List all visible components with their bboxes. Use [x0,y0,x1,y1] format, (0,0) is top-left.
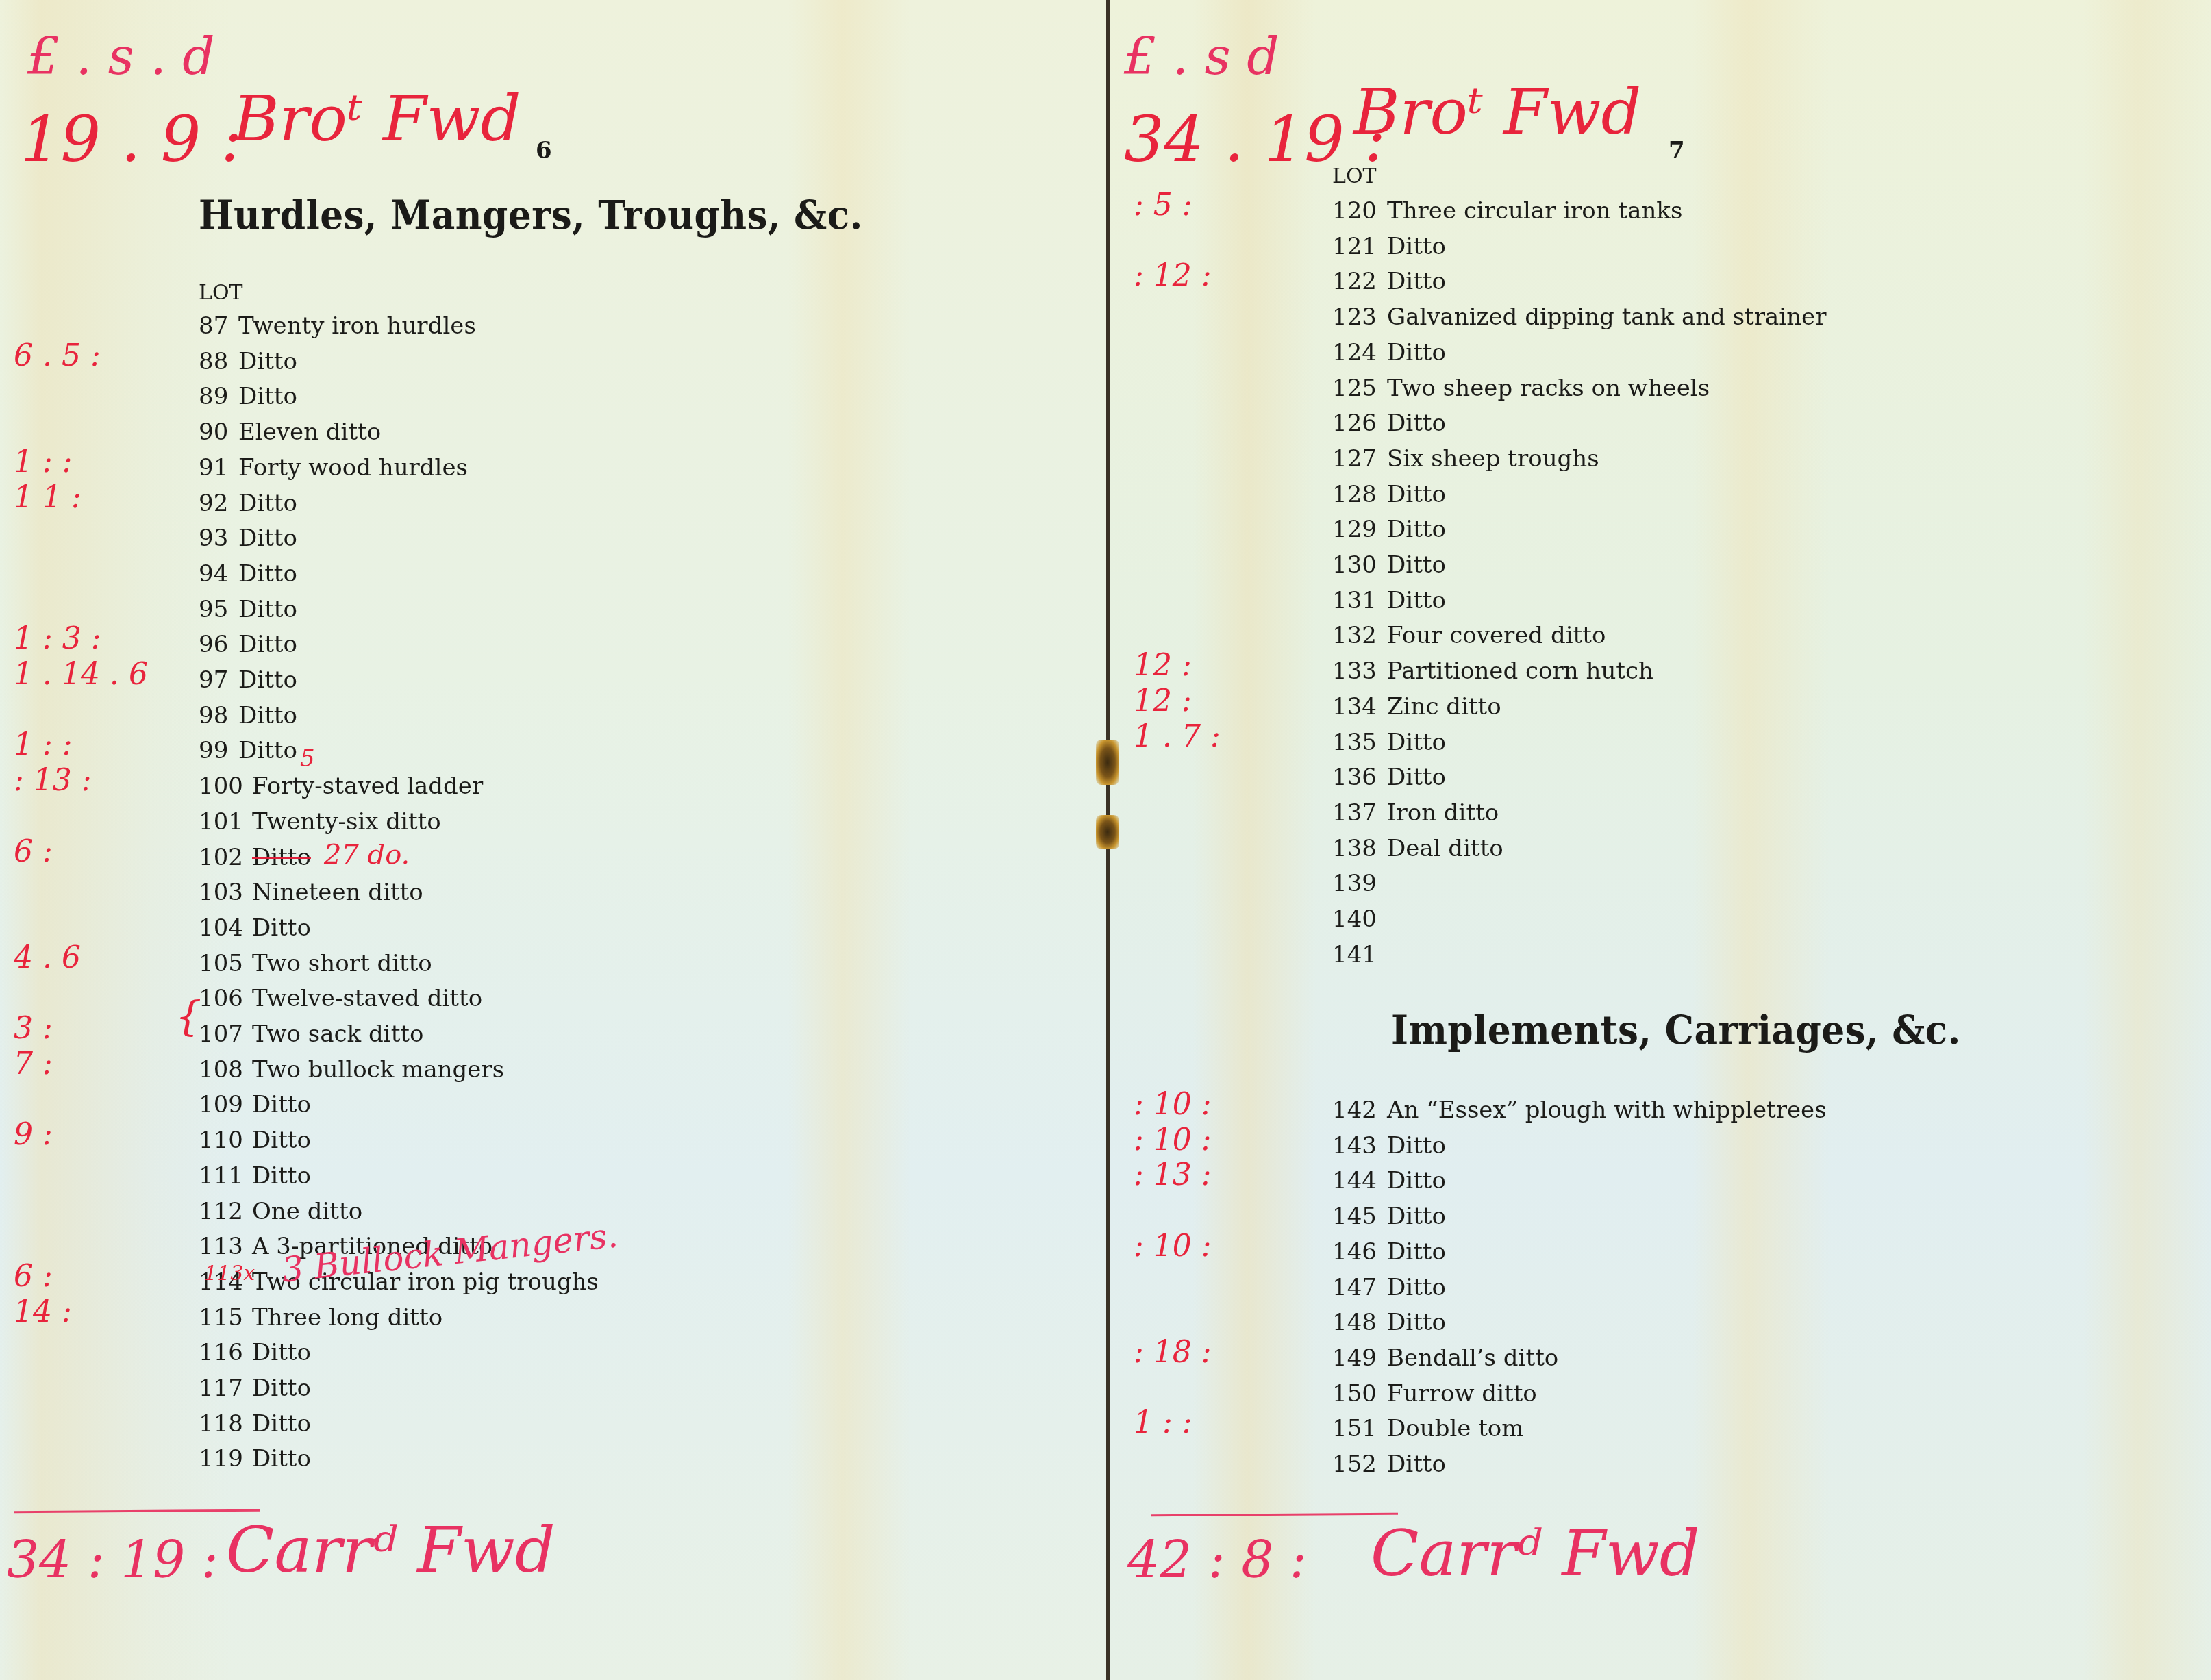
lot-description: Ditto [252,1406,311,1442]
lot-number: 108 [199,1056,243,1083]
lot-number: 97 [199,666,228,694]
lot-row: 116Ditto [199,1335,243,1370]
lot-number: 145 [1332,1203,1377,1230]
lot-number: 119 [199,1445,243,1472]
lot-description: Bendall’s ditto [1387,1340,1558,1376]
lot-number: 93 [199,525,228,552]
lot-number: 120 [1332,197,1377,225]
lot-description: Double tom [1387,1411,1524,1446]
lot-number: 118 [199,1410,243,1438]
lot-number: 113 [199,1233,243,1260]
lot-description: Ditto [1387,1234,1446,1270]
lot-description: Ditto [1387,477,1446,512]
lot-row: 124Ditto [1332,335,1377,371]
lot-row: 107Two sack ditto3 :{ [199,1016,243,1052]
handwritten-price: 9 : [14,1117,53,1153]
handwritten-price: 3 : [14,1011,53,1046]
handwritten-price: 7 : [14,1046,53,1082]
handwritten-price: 4 . 6 [14,940,81,976]
handwritten-price: : 13 : [14,763,92,799]
lot-description: Ditto [1387,512,1446,547]
lot-row: 145Ditto [1332,1199,1377,1234]
lot-number: 95 [199,596,228,623]
lot-description: Ditto [252,910,311,946]
total-rule [1151,1513,1398,1517]
lot-row: 111Ditto [199,1158,243,1194]
lot-description: Ditto [1387,1163,1446,1199]
lot-row: 105Two short ditto4 . 6 [199,946,243,981]
handwritten-price: : 5 : [1134,188,1192,223]
lot-description: Ditto [238,344,297,379]
handwritten-correction: { [175,999,201,1034]
lot-row: 148Ditto [1332,1305,1377,1340]
lot-number: 110 [199,1127,243,1154]
lot-row: 113A 3-partitioned ditto [199,1229,243,1264]
lot-row: 128Ditto [1332,477,1377,512]
carried-forward-amount: 34 : 19 : [7,1531,218,1590]
lot-number: 117 [199,1375,243,1402]
lot-number: 111 [199,1162,243,1190]
handwritten-price: 1 : : [14,444,73,480]
lot-number: 116 [199,1339,243,1366]
lot-row: 103Nineteen ditto [199,875,243,910]
lot-row: 93Ditto [199,521,228,556]
lot-number: 138 [1332,835,1377,862]
lot-row: 137Iron ditto [1332,795,1377,831]
handwritten-price: : 13 : [1134,1157,1212,1193]
lot-row: 149Bendall’s ditto: 18 : [1332,1340,1377,1376]
currency-header-annotation: £ . s d [1124,27,1279,86]
lot-row: 89Ditto [199,379,228,414]
lot-number: 109 [199,1091,243,1118]
handwritten-price: : 10 : [1134,1229,1212,1264]
lot-row: 150Furrow ditto [1332,1376,1377,1412]
lot-description: Twelve-staved ditto [252,981,482,1016]
lot-row: 144Ditto: 13 : [1332,1163,1377,1199]
lot-description: Two short ditto [252,946,432,981]
lot-number: 90 [199,418,228,446]
lot-row: 121Ditto [1332,229,1377,264]
currency-header-annotation: £ . s . d [27,27,215,86]
lot-description: Ditto [252,1335,311,1370]
lot-number: 126 [1332,410,1377,437]
catalogue-spread: £ . s . d 19 . 9 : Broᵗ Fwd 6 Hurdles, M… [0,0,2211,1680]
lot-row: 129Ditto [1332,512,1377,547]
brought-forward-label: Broᵗ Fwd [233,82,521,155]
lot-row: 88Ditto6 . 5 : [199,344,228,379]
lot-number: 136 [1332,764,1377,791]
lot-number: 91 [199,454,228,481]
lot-description: Ditto [252,1441,311,1477]
lot-row: 122Ditto: 12 : [1332,264,1377,299]
lot-number: 125 [1332,375,1377,402]
lot-row: 102Ditto6 :27 do. [199,840,243,875]
handwritten-price: 14 : [14,1294,72,1330]
lot-number: 149 [1332,1344,1377,1372]
lot-number: 105 [199,950,243,977]
lot-row: 130Ditto [1332,547,1377,583]
lot-number: 128 [1332,481,1377,508]
lot-column-header: LOT [199,281,243,305]
lot-row: 97Ditto1 . 14 . 6 [199,662,228,698]
lot-description: Ditto [238,379,297,414]
lot-row: 94Ditto [199,556,228,592]
lot-row: 132Four covered ditto [1332,618,1377,653]
lot-description: Ditto [1387,1270,1446,1305]
lot-description: Ditto [1387,725,1446,760]
lot-number: 98 [199,702,228,729]
brought-forward-amount: 19 . 9 : [21,103,242,176]
lot-number: 141 [1332,941,1377,968]
lot-row: 92Ditto1 1 : [199,486,228,521]
lot-number: 150 [1332,1380,1377,1407]
lot-number: 146 [1332,1238,1377,1266]
lot-number: 152 [1332,1451,1377,1478]
handwritten-price: 12 : [1134,684,1192,719]
lot-description: Ditto [1387,583,1446,618]
right-page: £ . s d 34 . 19 : Broᵗ Fwd 7 LOT 120Thre… [1110,0,2211,1680]
handwritten-price: 1 . 14 . 6 [14,657,148,692]
lot-description: Two sheep racks on wheels [1387,371,1710,406]
lot-row: 112One ditto [199,1194,243,1229]
lot-description: Three long ditto [252,1300,442,1336]
lot-description: Ditto [1387,1199,1446,1234]
total-rule [14,1509,260,1514]
lot-number: 133 [1332,657,1377,685]
lot-row: 109Ditto [199,1087,243,1123]
handwritten-price: : 10 : [1134,1087,1212,1123]
lot-description: Ditto [1387,1446,1446,1482]
lot-description: Partitioned corn hutch [1387,653,1653,689]
lot-row: 127Six sheep troughs [1332,441,1377,477]
lot-description: Ditto [238,698,297,734]
lot-column-header: LOT [1332,164,1377,188]
page-number: 6 [536,137,552,164]
lot-number: 130 [1332,551,1377,579]
lot-number: 140 [1332,905,1377,933]
handwritten-price: 6 : [14,1259,53,1294]
handwritten-price: 1 : : [1134,1405,1192,1441]
lot-description: Ditto [1387,547,1446,583]
lot-description: Nineteen ditto [252,875,423,910]
lot-description: Ditto [252,1123,311,1158]
lot-description: Ditto [238,556,297,592]
lot-row: 108Two bullock mangers7 : [199,1052,243,1088]
section-heading: Hurdles, Mangers, Troughs, &c. [199,192,863,238]
lot-row: 140 [1332,901,1377,937]
lot-row: 142An “Essex” plough with whippletrees: … [1332,1092,1377,1128]
lot-description: Ditto [1387,405,1446,441]
lot-number: 104 [199,914,243,942]
lot-description: Ditto [1387,264,1446,299]
lot-row: 98Ditto [199,698,228,734]
lot-number: 147 [1332,1274,1377,1301]
lot-number: 127 [1332,445,1377,473]
lot-row: 96Ditto1 : 3 : [199,627,228,662]
staple-rust [1096,815,1119,849]
lot-description: Ditto [238,733,297,768]
lot-number: 121 [1332,233,1377,260]
carried-forward-label: Carrᵈ Fwd [226,1514,555,1587]
lot-row: 104Ditto [199,910,243,946]
lot-number: 143 [1332,1132,1377,1159]
lot-number: 88 [199,348,228,375]
lot-number: 124 [1332,339,1377,366]
lot-description: Ditto [238,521,297,556]
lot-description: Forty wood hurdles [238,450,468,486]
lot-number: 87 [199,312,228,340]
lot-row: 147Ditto [1332,1270,1377,1305]
lot-description: Two sack ditto [252,1016,423,1052]
lot-description: Ditto [252,1370,311,1406]
lot-number: 122 [1332,268,1377,295]
handwritten-price: 1 : : [14,727,73,763]
carried-forward-amount: 42 : 8 : [1127,1531,1307,1590]
lot-row: 100Forty-staved ladder: 13 :5 [199,768,243,804]
lot-description: Ditto [238,627,297,662]
lot-number: 102 [199,844,243,871]
lot-row: 134Zinc ditto12 : [1332,689,1377,725]
lot-row: 126Ditto [1332,405,1377,441]
lot-description: Ditto [1387,1128,1446,1164]
handwritten-price: 12 : [1134,648,1192,684]
lot-row: 135Ditto1 . 7 : [1332,725,1377,760]
lot-row: 136Ditto [1332,760,1377,795]
lot-description: Ditto [238,486,297,521]
lot-number: 139 [1332,870,1377,897]
lot-number: 107 [199,1020,243,1048]
lot-number: 137 [1332,799,1377,827]
lot-number: 94 [199,560,228,588]
handwritten-correction: 5 [300,741,315,777]
lot-description: Galvanized dipping tank and strainer [1387,299,1826,335]
handwritten-price: : 10 : [1134,1123,1212,1158]
lot-description: Furrow ditto [1387,1376,1537,1412]
lot-description: Three circular iron tanks [1387,193,1682,229]
lot-row: 90Eleven ditto [199,414,228,450]
lot-number: 151 [1332,1415,1377,1442]
handwritten-price: 6 : [14,834,53,870]
lot-row: 91Forty wood hurdles1 : : [199,450,228,486]
lot-row: 139 [1332,866,1377,901]
lot-number: 132 [1332,622,1377,649]
brought-forward-label: Broᵗ Fwd [1353,75,1641,149]
handwritten-price: 6 . 5 : [14,338,101,374]
lot-row: 143Ditto: 10 : [1332,1128,1377,1164]
lot-row: 120Three circular iron tanks: 5 : [1332,193,1377,229]
lot-number: 135 [1332,729,1377,756]
inserted-lot-number: 113x [204,1262,255,1286]
lot-number: 142 [1332,1096,1377,1124]
left-page: £ . s . d 19 . 9 : Broᵗ Fwd 6 Hurdles, M… [0,0,1108,1680]
lot-description: Four covered ditto [1387,618,1606,653]
lot-description: Six sheep troughs [1387,441,1599,477]
lot-number: 103 [199,879,243,906]
lot-number: 112 [199,1198,243,1225]
lot-description: Twenty iron hurdles [238,308,476,344]
page-number: 7 [1669,137,1685,164]
lot-row: 141 [1332,937,1377,973]
lot-row: 118Ditto [199,1406,243,1442]
lot-row: 119Ditto [199,1441,243,1477]
lot-description: Ditto [252,840,311,875]
lot-description: Eleven ditto [238,414,381,450]
lot-row: 99Ditto1 : : [199,733,228,768]
handwritten-price: 1 : 3 : [14,621,101,657]
lot-row: 151Double tom1 : : [1332,1411,1377,1446]
lot-description: Ditto [1387,229,1446,264]
lot-description: Ditto [252,1087,311,1123]
handwritten-price: 1 . 7 : [1134,719,1221,755]
section-heading-implements: Implements, Carriages, &c. [1391,1007,1961,1053]
lot-number: 99 [199,737,228,764]
lot-row: 133Partitioned corn hutch12 : [1332,653,1377,689]
lot-row: 125Two sheep racks on wheels [1332,371,1377,406]
lot-row: 95Ditto [199,592,228,627]
lot-description: Ditto [252,1158,311,1194]
lot-row: 101Twenty-six ditto [199,804,243,840]
lot-description: Ditto [238,662,297,698]
carried-forward-label: Carrᵈ Fwd [1371,1517,1700,1590]
lot-description: One ditto [252,1194,362,1229]
lot-row: 152Ditto [1332,1446,1377,1482]
lot-number: 144 [1332,1167,1377,1194]
lot-number: 131 [1332,587,1377,614]
lot-number: 92 [199,490,228,517]
lot-description: Ditto [1387,760,1446,795]
lot-row: 123Galvanized dipping tank and strainer [1332,299,1377,335]
lot-description: Ditto [1387,1305,1446,1340]
lot-number: 129 [1332,516,1377,543]
lot-row: 115Three long ditto14 : [199,1300,243,1336]
lot-row: 146Ditto: 10 : [1332,1234,1377,1270]
lot-number: 123 [1332,303,1377,331]
lot-number: 89 [199,383,228,410]
handwritten-price: 1 1 : [14,480,82,516]
lot-description: Ditto [1387,335,1446,371]
lot-description: Iron ditto [1387,795,1499,831]
lot-number: 100 [199,773,243,800]
lot-row: 117Ditto [199,1370,243,1406]
lot-number: 106 [199,985,243,1012]
lot-description: Two bullock mangers [252,1052,504,1088]
handwritten-price: : 18 : [1134,1335,1212,1370]
lot-number: 134 [1332,693,1377,720]
handwritten-price: : 12 : [1134,258,1212,294]
lot-row: 110Ditto9 : [199,1123,243,1158]
lot-row: 87Twenty iron hurdles [199,308,228,344]
lot-description: Ditto [238,592,297,627]
handwritten-correction: 27 do. [324,837,410,873]
lot-row: 138Deal ditto [1332,831,1377,866]
lot-description: Twenty-six ditto [252,804,441,840]
lot-number: 96 [199,631,228,658]
lot-number: 148 [1332,1309,1377,1336]
lot-description: Forty-staved ladder [252,768,483,804]
lot-row: 106Twelve-staved ditto [199,981,243,1016]
lot-description: An “Essex” plough with whippletrees [1387,1092,1827,1128]
lot-number: 115 [199,1304,243,1331]
lot-row: 131Ditto [1332,583,1377,618]
lot-description: Zinc ditto [1387,689,1501,725]
staple-rust [1096,740,1119,785]
lot-number: 101 [199,808,243,836]
lot-description: Deal ditto [1387,831,1503,866]
